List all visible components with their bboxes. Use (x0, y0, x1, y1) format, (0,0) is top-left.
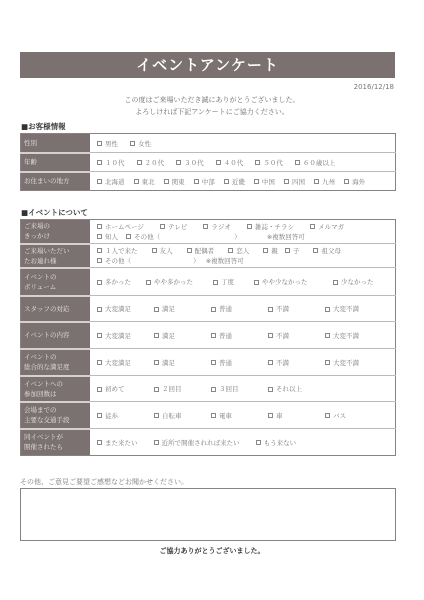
row-gender: 性別 男性 女性 (21, 134, 396, 153)
option-slightly-little[interactable]: やや少なかった (254, 277, 333, 286)
checkbox-icon[interactable] (254, 179, 259, 184)
return-intent-options: また来たい 近所で開催されれば来たい もう来ない (90, 429, 396, 456)
visit-count-options: 初めて ２回目 ３回目 それ以上 (90, 376, 396, 402)
checkbox-icon[interactable] (216, 160, 221, 165)
checkbox-icon[interactable] (126, 234, 131, 239)
checkbox-icon[interactable] (256, 440, 261, 445)
option-chubu[interactable]: 中部 (194, 177, 215, 186)
label-age: 年齢 (21, 153, 91, 172)
comment-textarea[interactable] (20, 488, 396, 541)
row-volume: イベントの ボリューム 多かった やや多かった 丁度 やや少なかった 少なかった (21, 268, 396, 296)
option-satisfied[interactable]: 満足 (154, 358, 211, 367)
checkbox-icon[interactable] (154, 307, 159, 312)
option-just-right[interactable]: 丁度 (213, 277, 254, 286)
multiple-answers-note: ※複数回答可 (267, 233, 305, 241)
option-mail-magazine[interactable]: メルマガ (310, 222, 344, 232)
option-age-50s[interactable]: ５０代 (255, 158, 283, 167)
checkbox-icon[interactable] (130, 141, 135, 146)
label-visit-count: イベントへの 参加回数は (21, 376, 91, 402)
comment-label: その他、ご意見ご要望ご感想などお聞かせください。 (20, 477, 188, 487)
checkbox-icon[interactable] (284, 179, 289, 184)
customer-info-table: 性別 男性 女性 年齢 １０代 ２０代 ３０代 ４０代 ５０代 ６０歳以上 お住… (20, 133, 396, 191)
option-too-much[interactable]: 多かった (97, 277, 146, 286)
option-slightly-much[interactable]: やや多かった (146, 277, 213, 286)
checkbox-icon[interactable] (203, 224, 208, 229)
checkbox-icon[interactable] (97, 360, 102, 365)
option-male[interactable]: 男性 (97, 139, 118, 148)
option-very-dissatisfied[interactable]: 大変不満 (325, 358, 382, 367)
label-volume: イベントの ボリューム (21, 268, 91, 296)
age-options: １０代 ２０代 ３０代 ４０代 ５０代 ６０歳以上 (90, 153, 396, 172)
label-companions: ご来場いただい たお連れ様 (21, 244, 91, 268)
checkbox-icon[interactable] (97, 160, 102, 165)
companion-options: １人で来た 友人 配偶者 恋人 親 子 祖父母 その他（ ） ※複数回答可 (90, 244, 396, 268)
survey-date: 2016/12/18 (354, 83, 394, 91)
checkbox-icon[interactable] (295, 160, 300, 165)
checkbox-icon[interactable] (255, 160, 260, 165)
checkbox-icon[interactable] (211, 413, 216, 418)
option-age-40s[interactable]: ４０代 (216, 158, 244, 167)
checkbox-icon[interactable] (97, 413, 102, 418)
customer-info-heading: ■お客様情報 (21, 121, 66, 132)
option-kyushu[interactable]: 九州 (314, 177, 335, 186)
option-very-satisfied[interactable]: 大変満足 (97, 304, 154, 313)
option-first-time[interactable]: 初めて (97, 384, 154, 393)
label-overall-satisfaction: イベントの 総合的な満足度 (21, 349, 91, 376)
row-transport: 会場までの 主要な交通手段 徒歩 自転車 電車 車 バス (21, 402, 396, 429)
checkbox-icon[interactable] (97, 248, 102, 253)
label-return-intent: 同イベントが 開催されたら (21, 429, 91, 456)
checkbox-icon[interactable] (97, 224, 102, 229)
option-radio[interactable]: ラジオ (203, 222, 231, 232)
row-staff: スタッフの対応 大変満足 満足 普通 不満 大変不満 (21, 296, 396, 322)
content-options: 大変満足 満足 普通 不満 大変不満 (90, 322, 396, 349)
row-region: お住まいの地方 北海道 東北 関東 中部 近畿 中国 四国 九州 海外 (21, 172, 396, 191)
option-parent[interactable]: 親 (263, 246, 278, 256)
option-dissatisfied[interactable]: 不満 (268, 331, 325, 340)
option-chugoku[interactable]: 中国 (254, 177, 275, 186)
checkbox-icon[interactable] (211, 360, 216, 365)
checkbox-icon[interactable] (224, 179, 229, 184)
checkbox-icon[interactable] (268, 387, 273, 392)
intro-line-1: この度はご来場いただき誠にありがとうございました。 (0, 95, 424, 105)
checkbox-icon[interactable] (97, 440, 102, 445)
thanks-message: ご協力ありがとうございました。 (0, 546, 424, 556)
checkbox-icon[interactable] (154, 413, 159, 418)
motivation-options: ホームページ テレビ ラジオ 雑誌・チラシ メルマガ 知人 その他（ ） ※複数… (90, 220, 396, 244)
checkbox-icon[interactable] (268, 360, 273, 365)
intro-line-2: よろしければ下記アンケートにご協力ください。 (0, 107, 424, 117)
checkbox-icon[interactable] (97, 307, 102, 312)
checkbox-icon[interactable] (213, 280, 218, 285)
option-tv[interactable]: テレビ (160, 222, 187, 232)
checkbox-icon[interactable] (268, 333, 273, 338)
option-very-satisfied[interactable]: 大変満足 (97, 358, 154, 367)
option-age-20s[interactable]: ２０代 (137, 158, 165, 167)
option-bus[interactable]: バス (325, 411, 382, 420)
option-come-if-nearby[interactable]: 近所で開催されれば来たい (154, 438, 240, 447)
label-motivation: ご来場の きっかけ (21, 220, 91, 244)
checkbox-icon[interactable] (211, 333, 216, 338)
checkbox-icon[interactable] (137, 160, 142, 165)
option-tohoku[interactable]: 東北 (134, 177, 155, 186)
checkbox-icon[interactable] (313, 248, 318, 253)
option-want-to-come-again[interactable]: また来たい (97, 438, 138, 447)
event-info-heading: ■イベントについて (21, 207, 88, 218)
option-acquaintance[interactable]: 知人 (97, 232, 118, 242)
option-friend[interactable]: 友人 (152, 246, 173, 256)
checkbox-icon[interactable] (263, 248, 268, 253)
row-content: イベントの内容 大変満足 満足 普通 不満 大変不満 (21, 322, 396, 349)
checkbox-icon[interactable] (160, 224, 165, 229)
checkbox-icon[interactable] (97, 141, 102, 146)
row-overall-satisfaction: イベントの 総合的な満足度 大変満足 満足 普通 不満 大変不満 (21, 349, 396, 376)
checkbox-icon[interactable] (344, 179, 349, 184)
checkbox-icon[interactable] (211, 307, 216, 312)
checkbox-icon[interactable] (333, 280, 338, 285)
option-hokkaido[interactable]: 北海道 (97, 177, 125, 186)
option-neutral[interactable]: 普通 (211, 331, 268, 340)
option-other-companion[interactable]: その他（ (97, 256, 131, 266)
checkbox-icon[interactable] (97, 179, 102, 184)
checkbox-icon[interactable] (154, 333, 159, 338)
multiple-answers-note: ※複数回答可 (206, 257, 244, 265)
staff-options: 大変満足 満足 普通 不満 大変不満 (90, 296, 396, 322)
checkbox-icon[interactable] (97, 280, 102, 285)
checkbox-icon[interactable] (97, 387, 102, 392)
option-train[interactable]: 電車 (211, 411, 268, 420)
row-companions: ご来場いただい たお連れ様 １人で来た 友人 配偶者 恋人 親 子 祖父母 その… (21, 244, 396, 268)
checkbox-icon[interactable] (268, 413, 273, 418)
option-third-time[interactable]: ３回目 (211, 384, 268, 393)
option-too-little[interactable]: 少なかった (333, 277, 390, 286)
option-grandparent[interactable]: 祖父母 (313, 246, 341, 256)
row-visit-count: イベントへの 参加回数は 初めて ２回目 ３回目 それ以上 (21, 376, 396, 402)
option-dissatisfied[interactable]: 不満 (268, 358, 325, 367)
option-other[interactable]: その他（ (126, 232, 160, 242)
event-info-table: ご来場の きっかけ ホームページ テレビ ラジオ 雑誌・チラシ メルマガ 知人 … (20, 219, 396, 456)
option-overseas[interactable]: 海外 (344, 177, 365, 186)
row-return-intent: 同イベントが 開催されたら また来たい 近所で開催されれば来たい もう来ない (21, 429, 396, 456)
checkbox-icon[interactable] (325, 307, 330, 312)
label-transport: 会場までの 主要な交通手段 (21, 402, 91, 429)
checkbox-icon[interactable] (146, 280, 151, 285)
checkbox-icon[interactable] (310, 224, 315, 229)
label-content: イベントの内容 (21, 322, 91, 349)
option-kinki[interactable]: 近畿 (224, 177, 245, 186)
checkbox-icon[interactable] (228, 248, 233, 253)
region-options: 北海道 東北 関東 中部 近畿 中国 四国 九州 海外 (90, 172, 396, 191)
option-neutral[interactable]: 普通 (211, 358, 268, 367)
checkbox-icon[interactable] (211, 387, 216, 392)
label-staff: スタッフの対応 (21, 296, 91, 322)
checkbox-icon[interactable] (314, 179, 319, 184)
checkbox-icon[interactable] (176, 160, 181, 165)
gender-options: 男性 女性 (90, 134, 396, 153)
option-age-60plus[interactable]: ６０歳以上 (295, 158, 336, 167)
checkbox-icon[interactable] (285, 248, 290, 253)
checkbox-icon[interactable] (97, 234, 102, 239)
option-female[interactable]: 女性 (130, 139, 151, 148)
checkbox-icon[interactable] (268, 307, 273, 312)
checkbox-icon[interactable] (164, 179, 169, 184)
option-walk[interactable]: 徒歩 (97, 411, 154, 420)
checkbox-icon[interactable] (154, 387, 159, 392)
option-kanto[interactable]: 関東 (164, 177, 185, 186)
label-gender: 性別 (21, 134, 91, 153)
row-age: 年齢 １０代 ２０代 ３０代 ４０代 ５０代 ６０歳以上 (21, 153, 396, 172)
option-alone[interactable]: １人で来た (97, 246, 138, 256)
option-shikoku[interactable]: 四国 (284, 177, 305, 186)
option-second-time[interactable]: ２回目 (154, 384, 211, 393)
checkbox-icon[interactable] (254, 280, 259, 285)
survey-title: イベントアンケート (20, 52, 395, 78)
checkbox-icon[interactable] (325, 360, 330, 365)
option-age-30s[interactable]: ３０代 (176, 158, 204, 167)
option-bicycle[interactable]: 自転車 (154, 411, 211, 420)
transport-options: 徒歩 自転車 電車 車 バス (90, 402, 396, 429)
option-magazine-flyer[interactable]: 雑誌・チラシ (247, 222, 294, 232)
option-child[interactable]: 子 (285, 246, 300, 256)
checkbox-icon[interactable] (134, 179, 139, 184)
checkbox-icon[interactable] (152, 248, 157, 253)
volume-options: 多かった やや多かった 丁度 やや少なかった 少なかった (90, 268, 396, 296)
option-satisfied[interactable]: 満足 (154, 331, 211, 340)
row-motivation: ご来場の きっかけ ホームページ テレビ ラジオ 雑誌・チラシ メルマガ 知人 … (21, 220, 396, 244)
option-more[interactable]: それ以上 (268, 384, 325, 393)
overall-options: 大変満足 満足 普通 不満 大変不満 (90, 349, 396, 376)
checkbox-icon[interactable] (154, 360, 159, 365)
option-very-satisfied[interactable]: 大変満足 (97, 331, 154, 340)
checkbox-icon[interactable] (97, 333, 102, 338)
option-satisfied[interactable]: 満足 (154, 304, 211, 313)
checkbox-icon[interactable] (97, 258, 102, 263)
checkbox-icon[interactable] (187, 248, 192, 253)
checkbox-icon[interactable] (325, 413, 330, 418)
option-homepage[interactable]: ホームページ (97, 222, 144, 232)
option-dissatisfied[interactable]: 不満 (268, 304, 325, 313)
option-partner[interactable]: 恋人 (228, 246, 249, 256)
checkbox-icon[interactable] (154, 440, 159, 445)
checkbox-icon[interactable] (325, 333, 330, 338)
label-region: お住まいの地方 (21, 172, 91, 191)
checkbox-icon[interactable] (247, 224, 252, 229)
option-very-dissatisfied[interactable]: 大変不満 (325, 304, 382, 313)
checkbox-icon[interactable] (194, 179, 199, 184)
option-wont-come[interactable]: もう来ない (256, 438, 297, 447)
option-spouse[interactable]: 配偶者 (187, 246, 215, 256)
option-age-10s[interactable]: １０代 (97, 158, 125, 167)
option-neutral[interactable]: 普通 (211, 304, 268, 313)
option-car[interactable]: 車 (268, 411, 325, 420)
option-very-dissatisfied[interactable]: 大変不満 (325, 331, 382, 340)
